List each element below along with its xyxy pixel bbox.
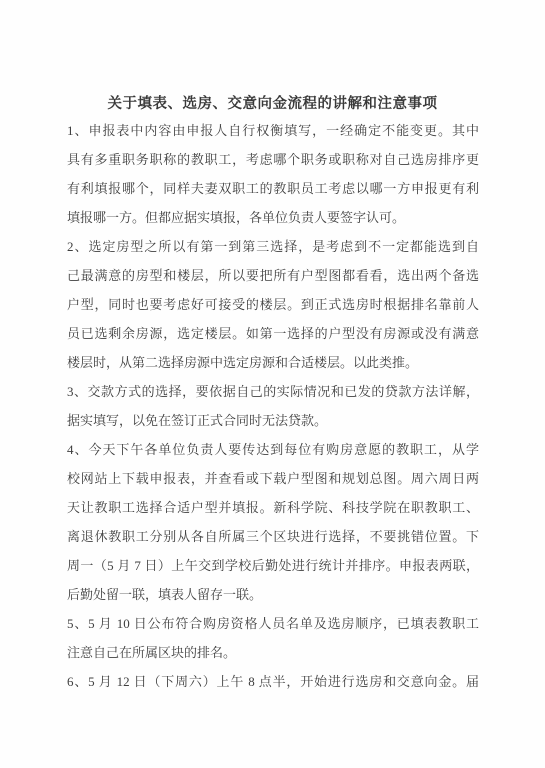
text-line: 楼层时，从第二选择房源中选定房源和合适楼层。以此类推。 xyxy=(67,348,479,377)
text-line: 周一（5 月 7 日）上午交到学校后勤处进行统计并排序。申报表两联， xyxy=(67,551,479,580)
paragraph-2: 2、选定房型之所以有第一到第三选择，是考虑到不一定都能选到自己最满意的房型和楼层… xyxy=(67,232,479,377)
text-line: 3、交款方式的选择，要依据自己的实际情况和已发的贷款方法详解， xyxy=(67,377,479,406)
text-line: 1、申报表中内容由申报人自行权衡填写，一经确定不能变更。其中 xyxy=(67,116,479,145)
text-line: 具有多重职务职称的教职工，考虑哪个职务或职称对自己选房排序更 xyxy=(67,145,479,174)
text-line: 5、5 月 10 日公布符合购房资格人员名单及选房顺序，已填表教职工 xyxy=(67,609,479,638)
text-line: 后勤处留一联，填表人留存一联。 xyxy=(67,580,479,609)
paragraph-3: 3、交款方式的选择，要依据自己的实际情况和已发的贷款方法详解，据实填写，以免在签… xyxy=(67,377,479,435)
document-title: 关于填表、选房、交意向金流程的讲解和注意事项 xyxy=(0,94,545,114)
text-line: 6、5 月 12 日（下周六）上午 8 点半，开始进行选房和交意向金。届 xyxy=(67,667,479,696)
document-body: 1、申报表中内容由申报人自行权衡填写，一经确定不能变更。其中具有多重职务职称的教… xyxy=(67,116,479,696)
document-page: 关于填表、选房、交意向金流程的讲解和注意事项 1、申报表中内容由申报人自行权衡填… xyxy=(0,0,545,768)
text-line: 校网站上下载申报表，并查看或下载户型图和规划总图。周六周日两 xyxy=(67,464,479,493)
text-line: 员已选剩余房源，选定楼层。如第一选择的户型没有房源或没有满意 xyxy=(67,319,479,348)
text-line: 2、选定房型之所以有第一到第三选择，是考虑到不一定都能选到自 xyxy=(67,232,479,261)
text-line: 离退休教职工分别从各自所属三个区块进行选择，不要挑错位置。下 xyxy=(67,522,479,551)
paragraph-6: 6、5 月 12 日（下周六）上午 8 点半，开始进行选房和交意向金。届 xyxy=(67,667,479,696)
text-line: 己最满意的房型和楼层，所以要把所有户型图都看看，选出两个备选 xyxy=(67,261,479,290)
paragraph-1: 1、申报表中内容由申报人自行权衡填写，一经确定不能变更。其中具有多重职务职称的教… xyxy=(67,116,479,232)
text-line: 注意自己在所属区块的排名。 xyxy=(67,638,479,667)
text-line: 户型，同时也要考虑好可接受的楼层。到正式选房时根据排名靠前人 xyxy=(67,290,479,319)
text-line: 4、今天下午各单位负责人要传达到每位有购房意愿的教职工，从学 xyxy=(67,435,479,464)
paragraph-4: 4、今天下午各单位负责人要传达到每位有购房意愿的教职工，从学校网站上下载申报表，… xyxy=(67,435,479,609)
paragraph-5: 5、5 月 10 日公布符合购房资格人员名单及选房顺序，已填表教职工注意自己在所… xyxy=(67,609,479,667)
text-line: 填报哪一方。但都应据实填报，各单位负责人要签字认可。 xyxy=(67,203,479,232)
text-line: 有利填报哪个，同样夫妻双职工的教职员工考虑以哪一方申报更有利 xyxy=(67,174,479,203)
text-line: 据实填写，以免在签订正式合同时无法贷款。 xyxy=(67,406,479,435)
text-line: 天让教职工选择合适户型并填报。新科学院、科技学院在职教职工、 xyxy=(67,493,479,522)
